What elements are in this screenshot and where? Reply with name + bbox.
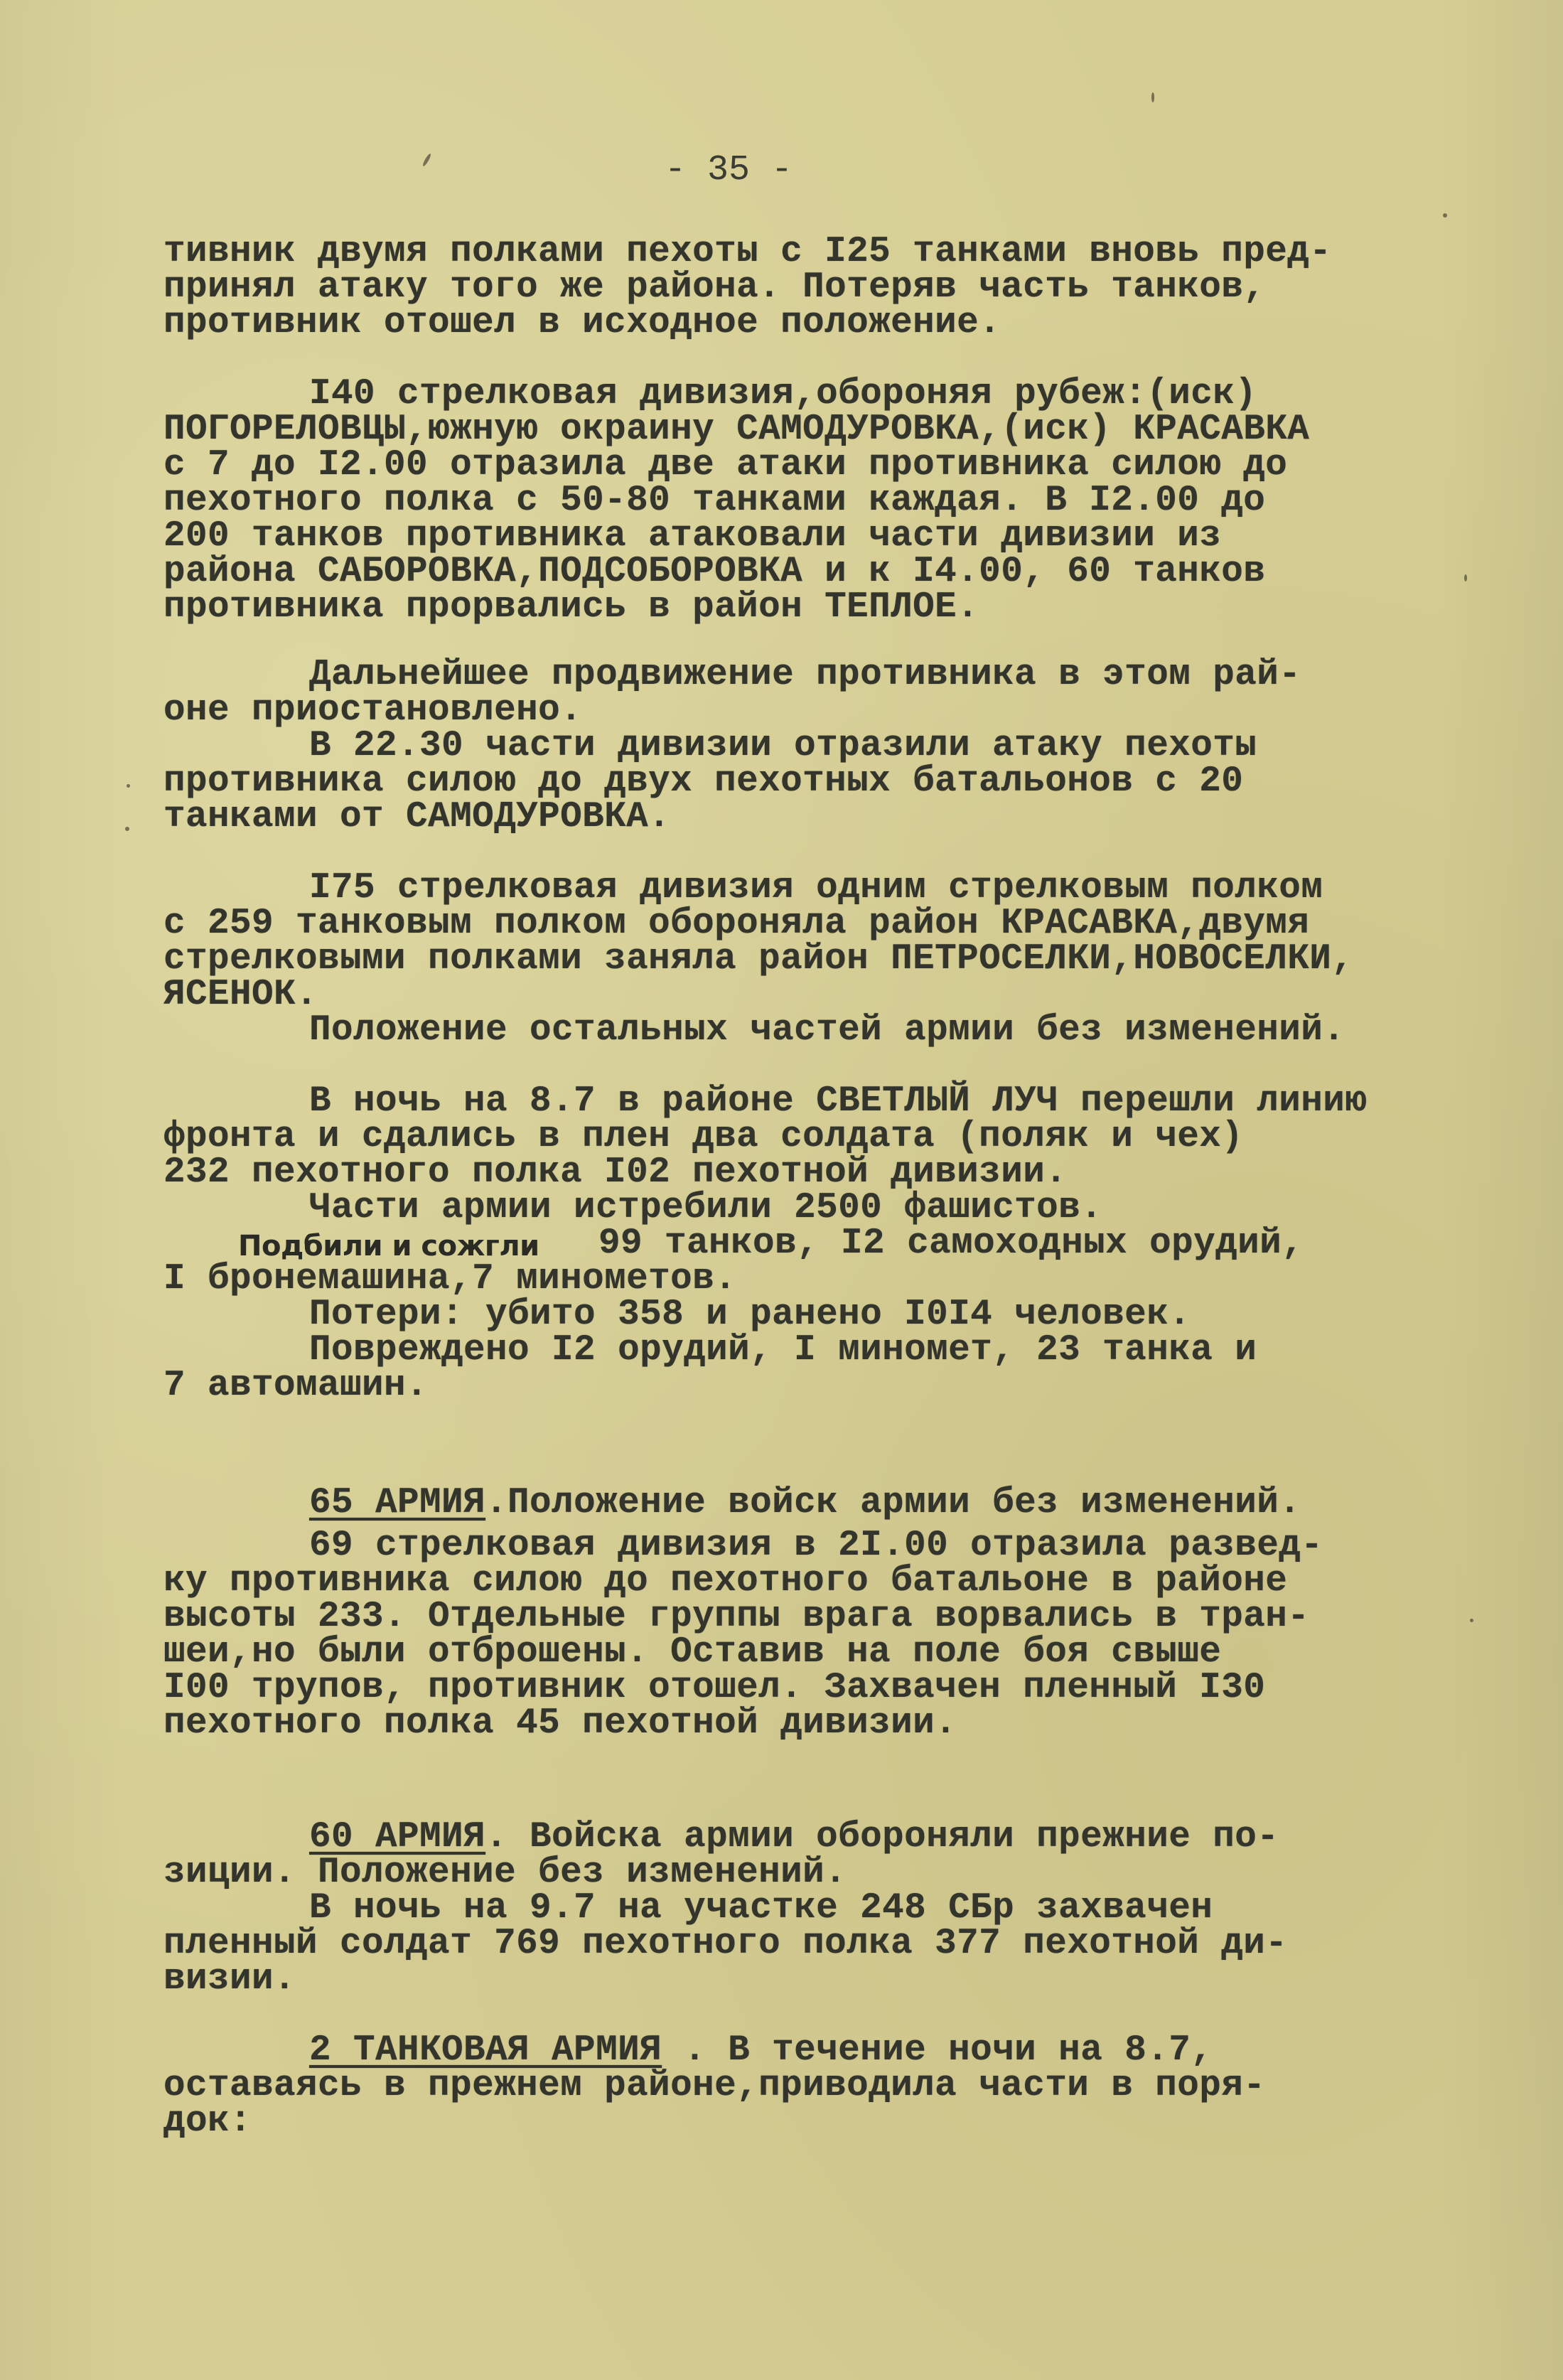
text-line: док:: [163, 2104, 252, 2140]
section-heading-line: 2 ТАНКОВАЯ АРМИЯ . В течение ночи на 8.7…: [309, 2033, 1213, 2069]
text-line: противника силою до двух пехотных баталь…: [163, 764, 1243, 800]
text-line: В ночь на 9.7 на участке 248 СБр захваче…: [309, 1891, 1213, 1926]
text-line: противник отошел в исходное положение.: [163, 306, 1001, 341]
text-line: противника прорвались в район ТЕПЛОЕ.: [163, 590, 979, 626]
paper-speck: [421, 153, 431, 167]
text-line: ЯСЕНОК.: [163, 977, 318, 1013]
paper-speck: [1470, 1619, 1473, 1622]
text-line: шеи,но были отброшены. Оставив на поле б…: [163, 1635, 1221, 1671]
text-line: района САБОРОВКА,ПОДСОБОРОВКА и к I4.00,…: [163, 554, 1265, 590]
paper-speck: [1464, 574, 1467, 581]
text-line: фронта и сдались в плен два солдата (пол…: [163, 1120, 1243, 1155]
text-line: пленный солдат 769 пехотного полка 377 п…: [163, 1926, 1287, 1962]
text-line: 7 автомашин.: [163, 1368, 428, 1404]
section-heading-line: 60 АРМИЯ. Войска армии обороняли прежние…: [309, 1820, 1279, 1855]
text-line: пехотного полка 45 пехотной дивизии.: [163, 1706, 957, 1742]
text-line: танками от САМОДУРОВКА.: [163, 800, 670, 835]
text-line: стрелковыми полками заняла район ПЕТРОСЕ…: [163, 942, 1353, 977]
text-line: с 7 до I2.00 отразила две атаки противни…: [163, 448, 1287, 483]
text-line: с 259 танковым полком обороняла район КР…: [163, 906, 1309, 942]
text-line: оставаясь в прежнем районе,приводила час…: [163, 2069, 1265, 2104]
text-line: I40 стрелковая дивизия,обороняя рубеж:(и…: [309, 377, 1257, 412]
text-line: Части армии истребили 2500 фашистов.: [309, 1191, 1102, 1226]
text-line: ку противника силою до пехотного батальо…: [163, 1564, 1287, 1599]
text-line: Потери: убито 358 и ранено I0I4 человек.: [309, 1297, 1191, 1333]
paper-speck: [125, 827, 129, 831]
heading-rest: . Войска армии обороняли прежние по-: [485, 1817, 1279, 1858]
heading-rest: . В течение ночи на 8.7,: [662, 2030, 1213, 2071]
paper-speck: [127, 784, 130, 788]
text-line: 69 стрелковая дивизия в 2I.00 отразила р…: [309, 1528, 1323, 1564]
page-number: - 35 -: [665, 153, 793, 188]
text-line: В ночь на 8.7 в районе СВЕТЛЫЙ ЛУЧ переш…: [309, 1084, 1367, 1120]
text-line: визии.: [163, 1962, 296, 1998]
text-line: высоты 233. Отдельные группы врага ворва…: [163, 1599, 1309, 1635]
section-heading: 65 АРМИЯ: [309, 1483, 485, 1523]
text-line: Дальнейшее продвижение противника в этом…: [309, 658, 1301, 693]
text-line: 99 танков, I2 самоходных орудий,: [598, 1226, 1304, 1262]
text-line: I75 стрелковая дивизия одним стрелковым …: [309, 871, 1323, 906]
document-page: - 35 - тивник двумя полками пехоты с I25…: [0, 0, 1563, 2380]
section-heading: 2 ТАНКОВАЯ АРМИЯ: [309, 2030, 662, 2071]
text-line: 232 пехотного полка I02 пехотной дивизии…: [163, 1155, 1067, 1191]
text-line: тивник двумя полками пехоты с I25 танкам…: [163, 235, 1331, 270]
text-line: Повреждено I2 орудий, I миномет, 23 танк…: [309, 1333, 1257, 1368]
paper-speck: [1443, 213, 1447, 218]
text-line: 200 танков противника атаковали части ди…: [163, 519, 1221, 554]
text-line: I00 трупов, противник отошел. Захвачен п…: [163, 1671, 1265, 1706]
text-line: пехотного полка с 50-80 танками каждая. …: [163, 483, 1265, 519]
section-heading: 60 АРМИЯ: [309, 1817, 485, 1858]
text-line: I бронемашина,7 минометов.: [163, 1262, 736, 1297]
text-line: Положение остальных частей армии без изм…: [309, 1013, 1345, 1049]
section-heading-line: 65 АРМИЯ.Положение войск армии без измен…: [309, 1486, 1301, 1521]
paper-speck: [1151, 92, 1154, 102]
text-line: ПОГОРЕЛОВЦЫ,южную окраину САМОДУРОВКА,(и…: [163, 412, 1309, 448]
text-line: зиции. Положение без изменений.: [163, 1855, 847, 1891]
text-line: принял атаку того же района. Потеряв час…: [163, 270, 1265, 306]
text-line: В 22.30 части дивизии отразили атаку пех…: [309, 729, 1257, 764]
text-line: оне приостановлено.: [163, 693, 582, 729]
heading-rest: .Положение войск армии без изменений.: [485, 1483, 1301, 1523]
